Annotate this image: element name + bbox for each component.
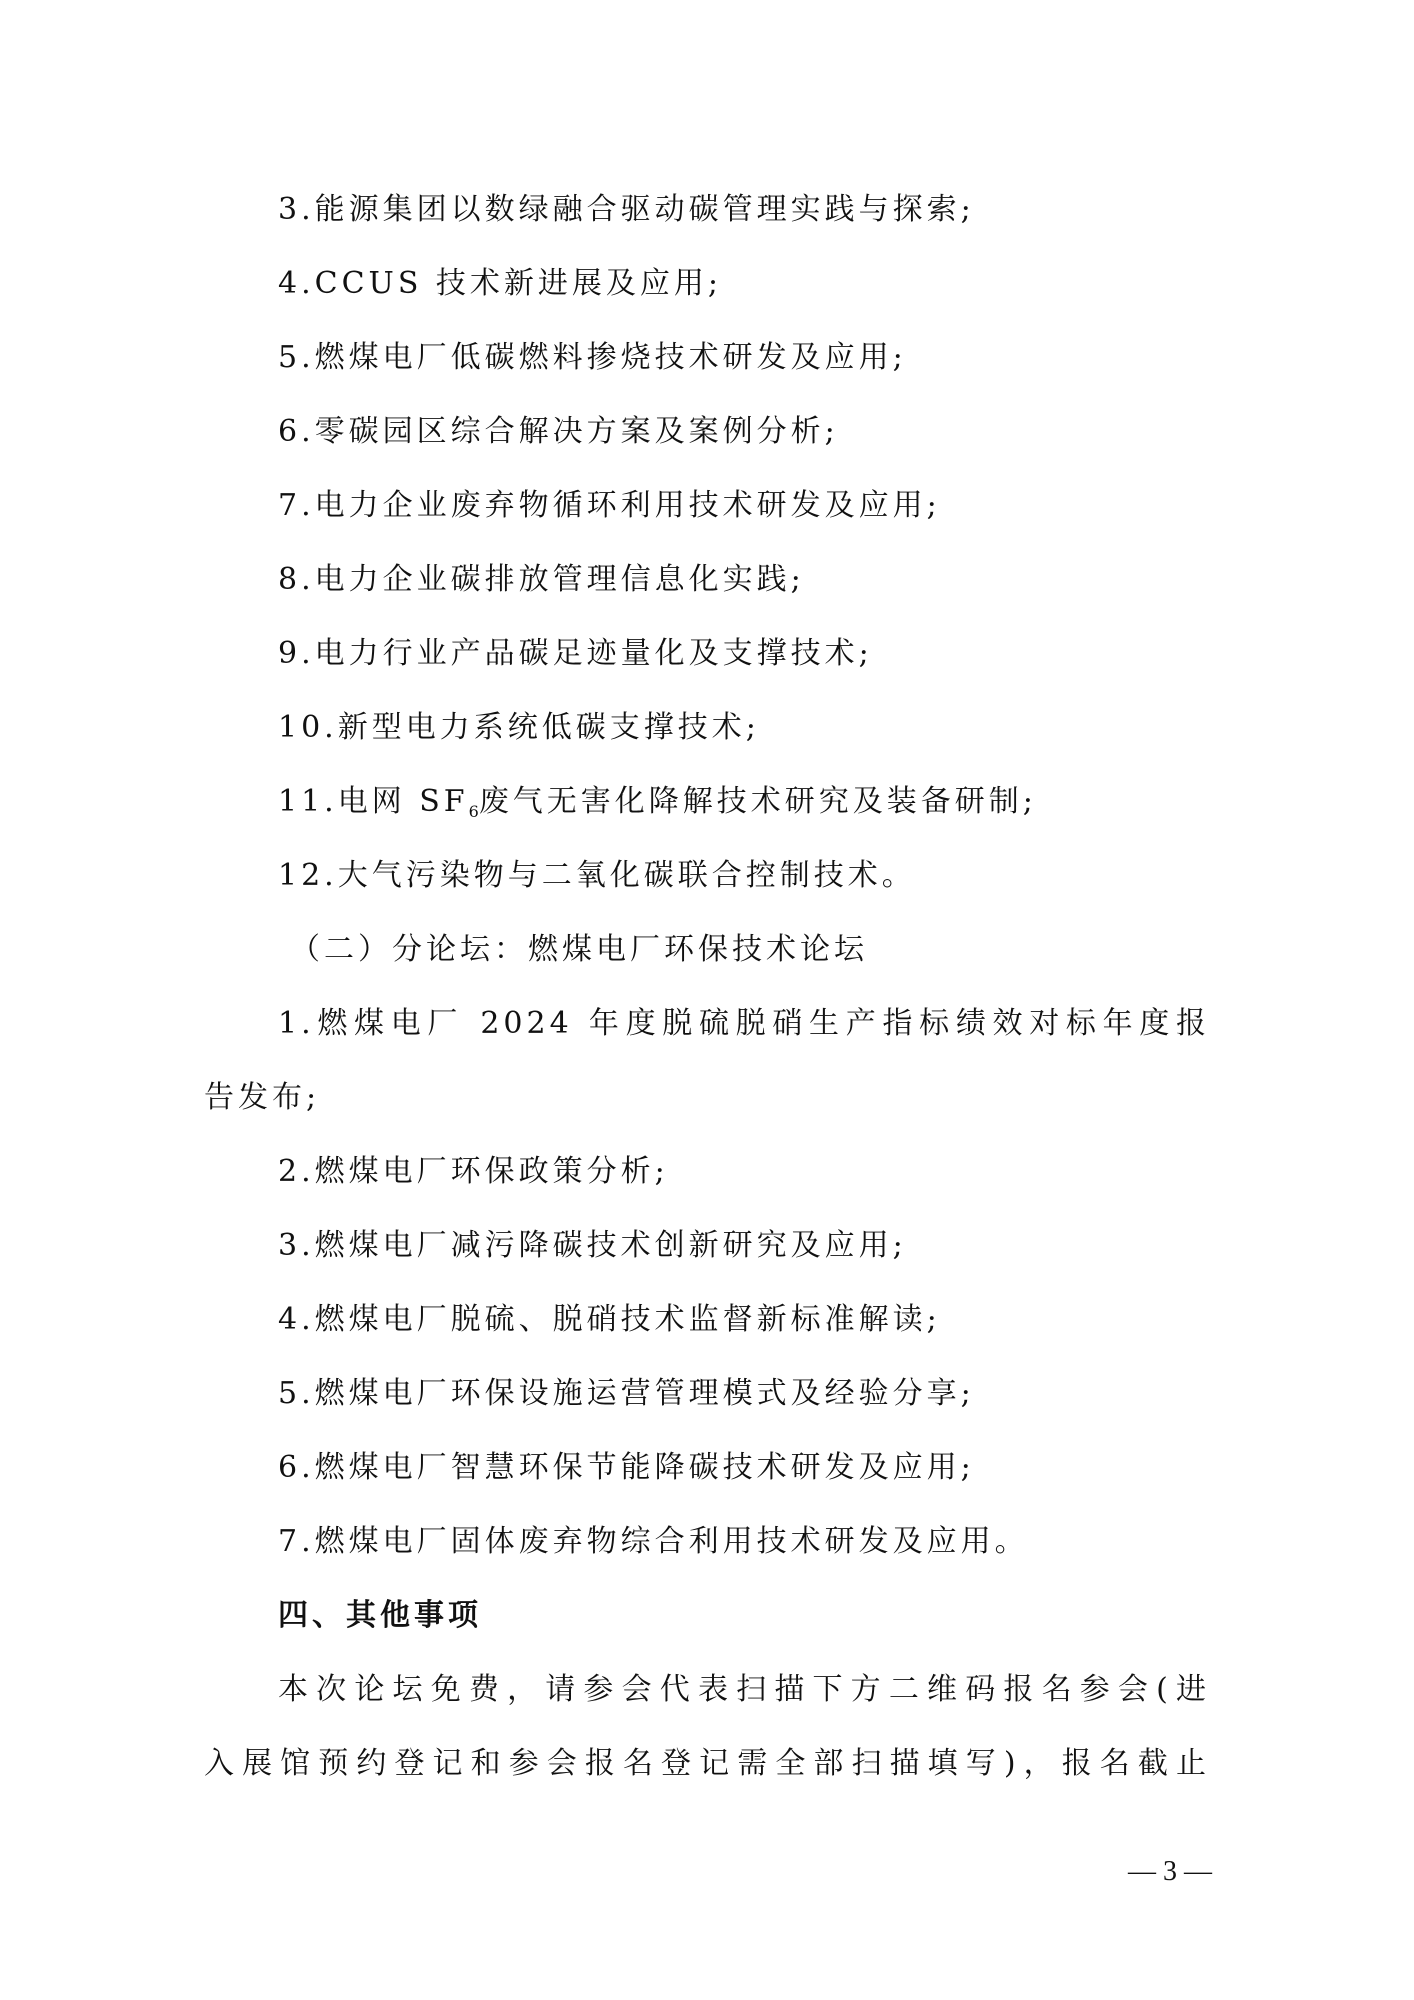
list-item: 1.燃煤电厂 2024 年度脱硫脱硝生产指标绩效对标年度报: [278, 987, 1210, 1061]
item-text-after: 废气无害化降解技术研究及装备研制;: [479, 784, 1037, 819]
item-number: 7.: [278, 1524, 315, 1559]
item-text: 电力企业废弃物循环利用技术研发及应用;: [315, 488, 941, 523]
paragraph-line: 本次论坛免费，请参会代表扫描下方二维码报名参会(进: [278, 1653, 1210, 1727]
item-text: 燃煤电厂环保设施运营管理模式及经验分享;: [315, 1376, 975, 1411]
item-number: 9.: [278, 636, 315, 671]
item-text: 电力企业碳排放管理信息化实践;: [315, 562, 805, 597]
section-heading: 四、其他事项: [278, 1579, 1210, 1653]
document-page: 3.能源集团以数绿融合驱动碳管理实践与探索; 4.CCUS 技术新进展及应用; …: [0, 0, 1414, 2000]
list-item: 5.燃煤电厂环保设施运营管理模式及经验分享;: [278, 1357, 1210, 1431]
item-number: 7.: [278, 488, 315, 523]
item-number: 5.: [278, 1376, 315, 1411]
item-number: 10.: [278, 710, 338, 745]
item-number: 4.: [278, 1302, 315, 1337]
list-item: 3.燃煤电厂减污降碳技术创新研究及应用;: [278, 1209, 1210, 1283]
list-item: 2.燃煤电厂环保政策分析;: [278, 1135, 1210, 1209]
subscript: 6: [469, 802, 479, 821]
list-item: 11.电网 SF6废气无害化降解技术研究及装备研制;: [278, 765, 1210, 839]
item-text: 燃煤电厂固体废弃物综合利用技术研发及应用。: [315, 1524, 1029, 1559]
page-number: — 3 —: [1120, 1852, 1220, 1892]
sub-forum-heading: （二）分论坛：燃煤电厂环保技术论坛: [290, 913, 1296, 987]
item-text: 能源集团以数绿融合驱动碳管理实践与探索;: [315, 192, 975, 227]
list-item: 9.电力行业产品碳足迹量化及支撑技术;: [278, 617, 1210, 691]
item-number: 2.: [278, 1154, 315, 1189]
item-text: 电力行业产品碳足迹量化及支撑技术;: [315, 636, 873, 671]
list-item: 5.燃煤电厂低碳燃料掺烧技术研发及应用;: [278, 321, 1210, 395]
item-number: 6.: [278, 414, 315, 449]
list-item: 7.电力企业废弃物循环利用技术研发及应用;: [278, 469, 1210, 543]
item-text-before: 电网 SF: [338, 784, 469, 819]
item-text: CCUS 技术新进展及应用;: [315, 266, 722, 301]
list-item: 6.燃煤电厂智慧环保节能降碳技术研发及应用;: [278, 1431, 1210, 1505]
list-item: 4.燃煤电厂脱硫、脱硝技术监督新标准解读;: [278, 1283, 1210, 1357]
item-number: 11.: [278, 784, 338, 819]
list-item: 12.大气污染物与二氧化碳联合控制技术。: [278, 839, 1210, 913]
list-item: 3.能源集团以数绿融合驱动碳管理实践与探索;: [278, 173, 1210, 247]
item-text: 燃煤电厂 2024 年度脱硫脱硝生产指标绩效对标年度报: [315, 1006, 1210, 1041]
item-number: 12.: [278, 858, 338, 893]
list-item: 4.CCUS 技术新进展及应用;: [278, 247, 1210, 321]
paragraph-line: 入展馆预约登记和参会报名登记需全部扫描填写)，报名截止: [204, 1727, 1210, 1801]
item-text: 燃煤电厂减污降碳技术创新研究及应用;: [315, 1228, 907, 1263]
item-number: 4.: [278, 266, 315, 301]
item-number: 6.: [278, 1450, 315, 1485]
item-text: 燃煤电厂脱硫、脱硝技术监督新标准解读;: [315, 1302, 941, 1337]
item-text: 零碳园区综合解决方案及案例分析;: [315, 414, 839, 449]
item-number: 1.: [278, 1006, 315, 1041]
list-item: 7.燃煤电厂固体废弃物综合利用技术研发及应用。: [278, 1505, 1210, 1579]
list-item: 8.电力企业碳排放管理信息化实践;: [278, 543, 1210, 617]
list-item-continuation: 告发布;: [204, 1061, 1210, 1135]
item-number: 3.: [278, 1228, 315, 1263]
item-number: 3.: [278, 192, 315, 227]
item-text: 燃煤电厂环保政策分析;: [315, 1154, 669, 1189]
item-number: 8.: [278, 562, 315, 597]
item-text: 新型电力系统低碳支撑技术;: [338, 710, 760, 745]
item-number: 5.: [278, 340, 315, 375]
item-text: 大气污染物与二氧化碳联合控制技术。: [338, 858, 916, 893]
list-item: 6.零碳园区综合解决方案及案例分析;: [278, 395, 1210, 469]
item-text: 燃煤电厂低碳燃料掺烧技术研发及应用;: [315, 340, 907, 375]
list-item: 10.新型电力系统低碳支撑技术;: [278, 691, 1210, 765]
item-text: 燃煤电厂智慧环保节能降碳技术研发及应用;: [315, 1450, 975, 1485]
